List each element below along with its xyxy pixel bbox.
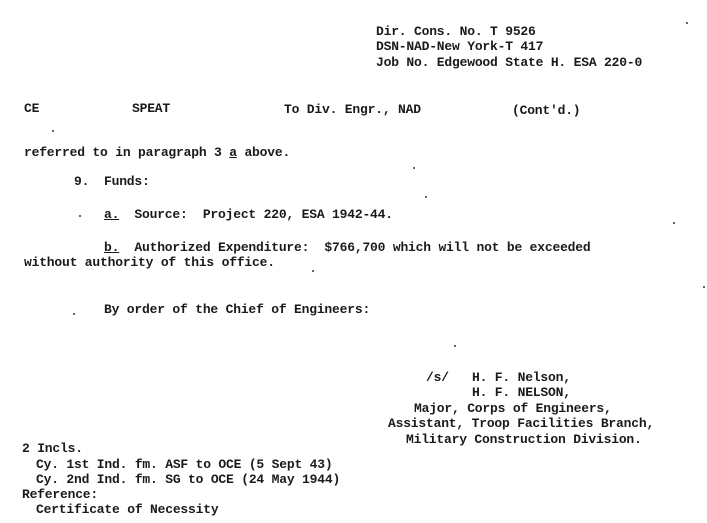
enclosure-item-1: Cy. 1st Ind. fm. ASF to OCE (5 Sept 43) (36, 457, 332, 472)
enclosure-item-2: Cy. 2nd Ind. fm. SG to OCE (24 May 1944) (36, 472, 340, 487)
signer-division: Military Construction Division. (406, 432, 642, 447)
scan-speck (703, 286, 705, 288)
routing-from: CE (24, 101, 39, 116)
routing-to: To Div. Engr., NAD (284, 102, 421, 117)
scan-speck (673, 222, 675, 224)
scan-speck (79, 215, 81, 217)
scan-speck (52, 130, 54, 132)
scan-speck (312, 270, 314, 272)
signer-position: Assistant, Troop Facilities Branch, (388, 416, 654, 431)
reference-heading: Reference: (22, 487, 98, 502)
signature-prefix: /s/ (426, 370, 449, 385)
scan-speck (686, 22, 688, 24)
file-reference-2: DSN-NAD-New York-T 417 (376, 39, 543, 54)
file-reference-3: Job No. Edgewood State H. ESA 220-0 (376, 55, 642, 70)
signer-rank: Major, Corps of Engineers, (414, 401, 612, 416)
continuation-line: referred to in paragraph 3 a above. (24, 145, 290, 160)
item-b: b. Authorized Expenditure: $766,700 whic… (104, 240, 590, 255)
scan-speck (425, 196, 427, 198)
continued-marker: (Cont'd.) (512, 103, 580, 118)
order-line: By order of the Chief of Engineers: (104, 302, 370, 317)
signed-name: H. F. Nelson, (472, 370, 571, 385)
section-title: Funds: (104, 174, 150, 189)
item-b-continued: without authority of this office. (24, 255, 275, 270)
scan-speck (413, 167, 415, 169)
routing-office: SPEAT (132, 101, 170, 116)
file-reference-1: Dir. Cons. No. T 9526 (376, 24, 536, 39)
typed-name: H. F. NELSON, (472, 385, 571, 400)
item-a: a. Source: Project 220, ESA 1942-44. (104, 207, 393, 222)
scan-speck (73, 313, 75, 315)
enclosures-heading: 2 Incls. (22, 441, 83, 456)
reference-item: Certificate of Necessity (36, 502, 218, 517)
scan-speck (454, 345, 456, 347)
section-number: 9. (74, 174, 89, 189)
